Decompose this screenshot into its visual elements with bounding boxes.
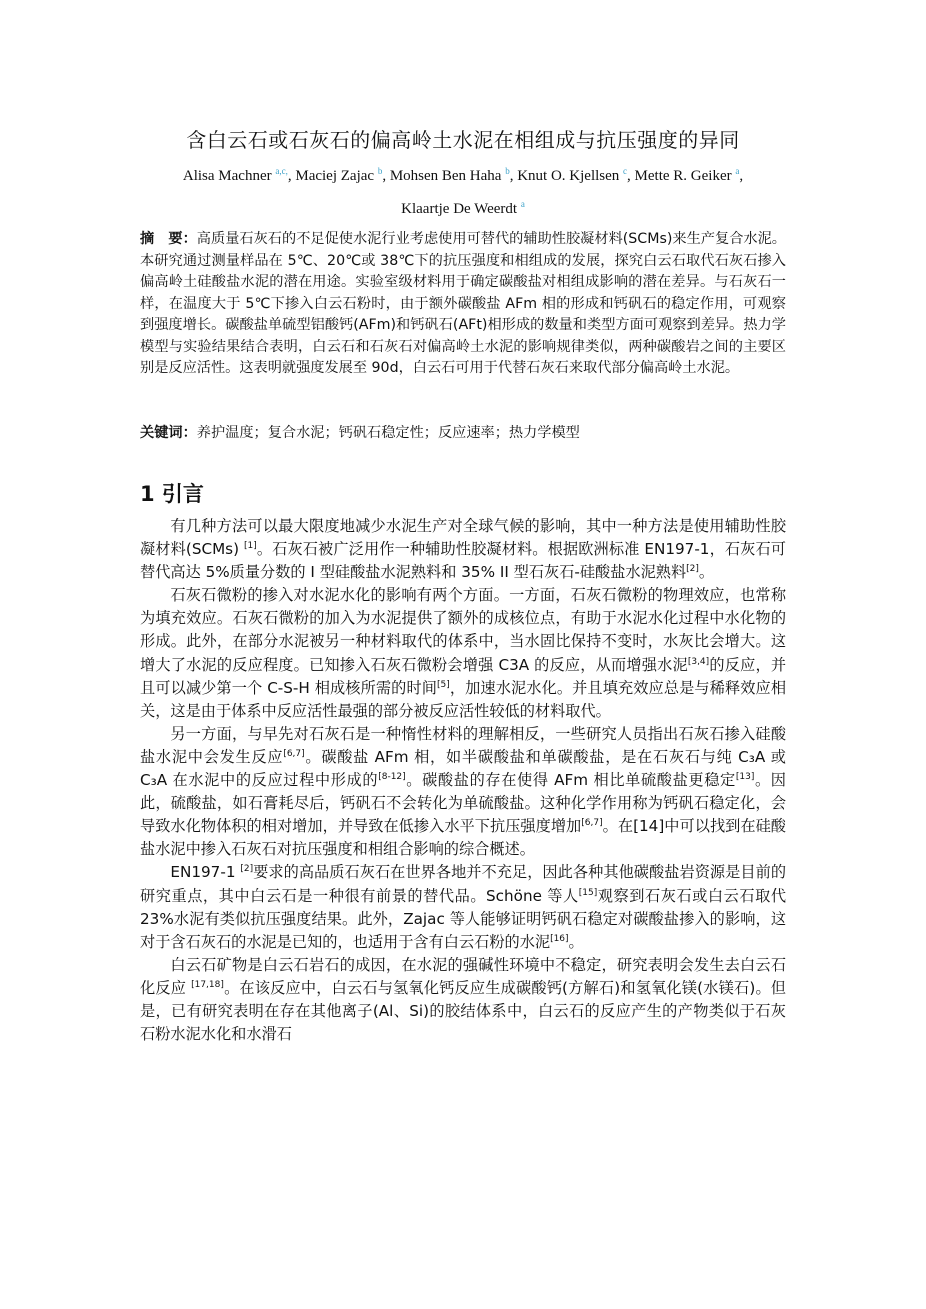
author: Alisa Machner a,c, [183, 168, 288, 184]
abstract-label: 摘 要： [140, 231, 197, 247]
author: Mette R. Geiker a [635, 168, 740, 184]
author: Klaartje De Weerdt a [401, 201, 525, 217]
keywords-label: 关键词： [140, 425, 197, 441]
section-heading: 1 引言 [140, 478, 204, 508]
author-list-line2: Klaartje De Weerdt a [140, 199, 786, 218]
paragraph: 石灰石微粉的掺入对水泥水化的影响有两个方面。一方面，石灰石微粉的物理效应，也常称… [140, 584, 786, 723]
author: Mohsen Ben Haha b [390, 168, 510, 184]
body-text: 有几种方法可以最大限度地减少水泥生产对全球气候的影响，其中一种方法是使用辅助性胶… [140, 515, 786, 1046]
paragraph: 有几种方法可以最大限度地减少水泥生产对全球气候的影响，其中一种方法是使用辅助性胶… [140, 515, 786, 584]
author: Knut O. Kjellsen c [517, 168, 627, 184]
author: Maciej Zajac b [295, 168, 382, 184]
abstract-text: 高质量石灰石的不足促使水泥行业考虑使用可替代的辅助性胶凝材料(SCMs)来生产复… [140, 231, 786, 376]
keywords-text: 养护温度；复合水泥；钙矾石稳定性；反应速率；热力学模型 [197, 425, 580, 441]
keywords: 关键词：养护温度；复合水泥；钙矾石稳定性；反应速率；热力学模型 [140, 422, 580, 442]
paper-title: 含白云石或石灰石的偏高岭土水泥在相组成与抗压强度的异同 [140, 124, 786, 153]
abstract: 摘 要：高质量石灰石的不足促使水泥行业考虑使用可替代的辅助性胶凝材料(SCMs)… [140, 229, 786, 380]
paragraph: EN197-1 [2]要求的高品质石灰石在世界各地并不充足，因此各种其他碳酸盐岩… [140, 861, 786, 953]
author-list: Alisa Machner a,c,, Maciej Zajac b, Mohs… [140, 166, 786, 185]
paragraph: 另一方面，与早先对石灰石是一种惰性材料的理解相反，一些研究人员指出石灰石掺入硅酸… [140, 723, 786, 862]
paragraph: 白云石矿物是白云石岩石的成因，在水泥的强碱性环境中不稳定，研究表明会发生去白云石… [140, 954, 786, 1046]
